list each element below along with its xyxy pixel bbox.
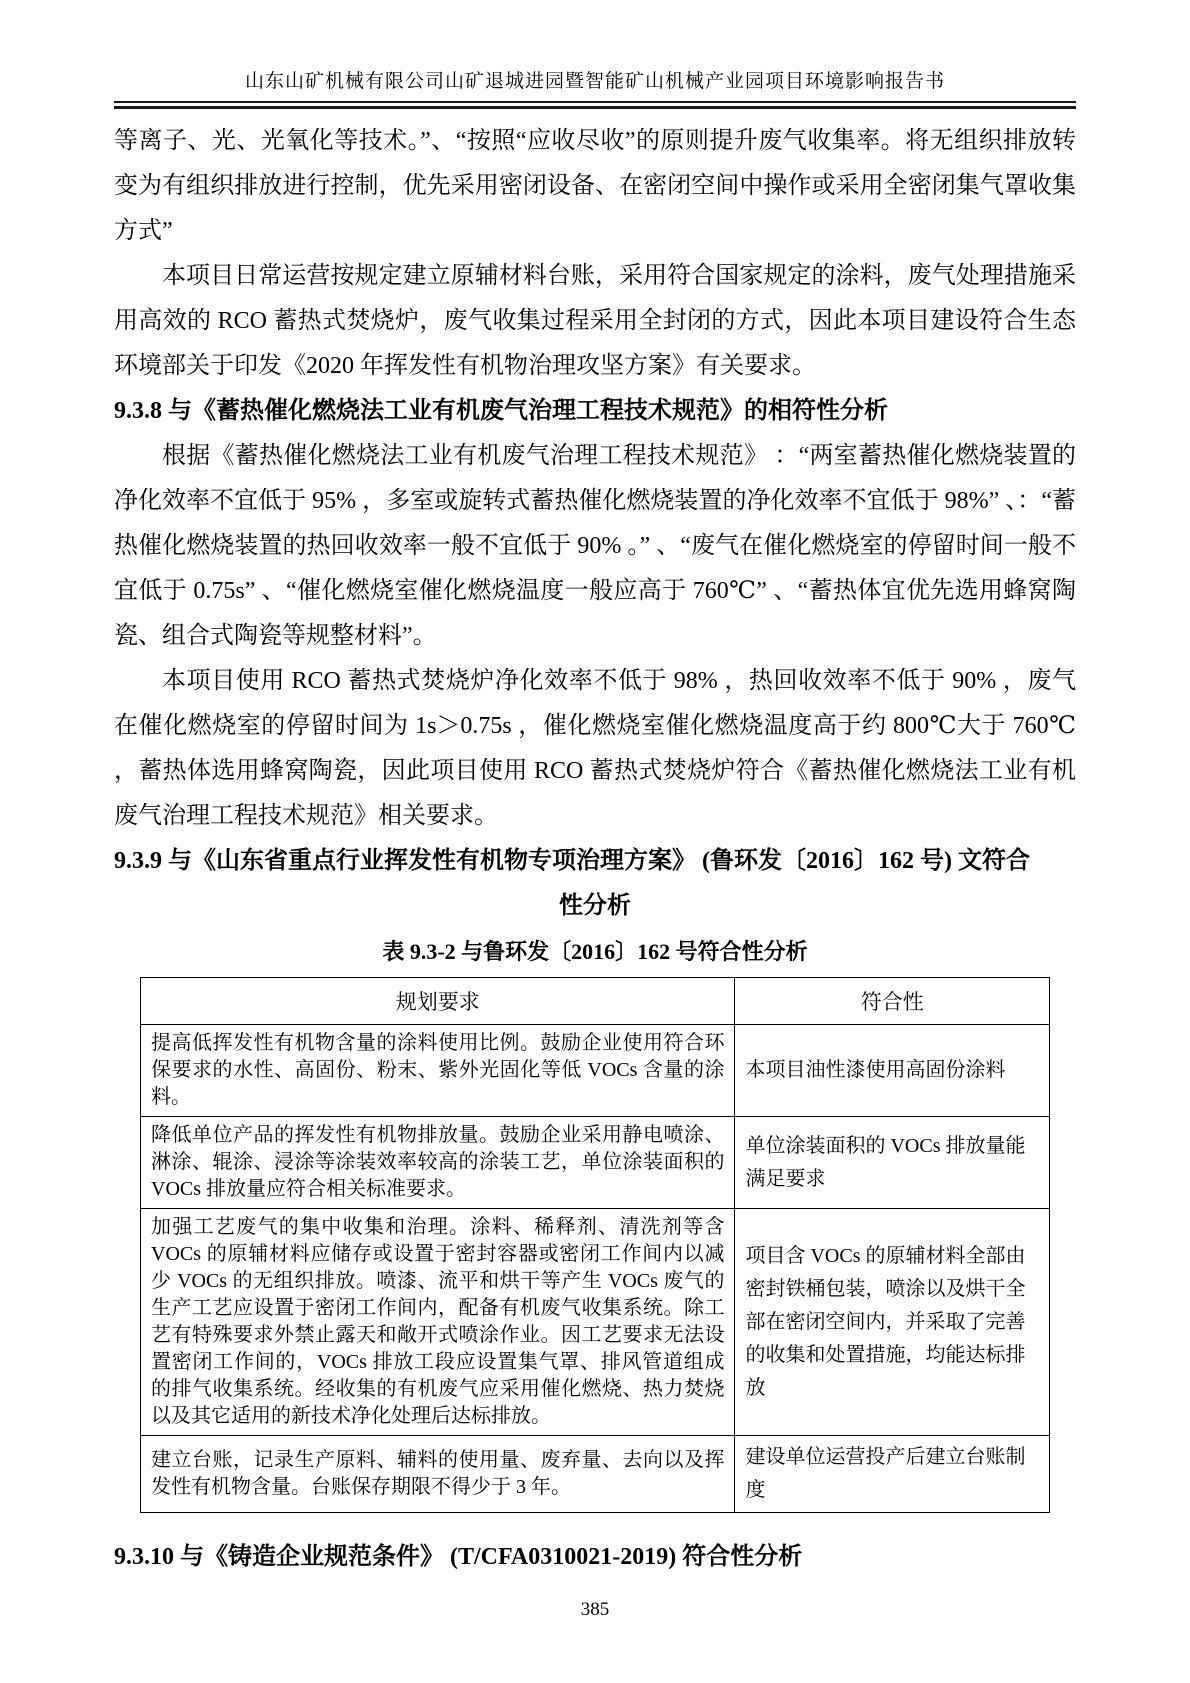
requirement-cell: 建立台账，记录生产原料、辅料的使用量、废弃量、去向以及挥发性有机物含量。台账保存…	[141, 1436, 735, 1513]
table-row: 降低单位产品的挥发性有机物排放量。鼓励企业采用静电喷涂、淋涂、辊涂、浸涂等涂装效…	[141, 1117, 1050, 1209]
document-page: 山东山矿机械有限公司山矿退城进园暨智能矿山机械产业园项目环境影响报告书 等离子、…	[0, 0, 1190, 1683]
section-heading-9-3-9: 9.3.9 与《山东省重点行业挥发性有机物专项治理方案》 (鲁环发〔2016〕1…	[114, 839, 1076, 929]
header-divider-rule	[114, 101, 1076, 109]
column-header-requirement: 规划要求	[141, 978, 735, 1025]
section-heading-9-3-9-line2: 性分析	[114, 884, 1076, 929]
section-heading-9-3-8: 9.3.8 与《蓄热催化燃烧法工业有机废气治理工程技术规范》的相符性分析	[114, 389, 1076, 434]
section-heading-9-3-10: 9.3.10 与《铸造企业规范条件》 (T/CFA0310021-2019) 符…	[114, 1535, 1076, 1580]
table-caption: 表 9.3-2 与鲁环发〔2016〕162 号符合性分析	[114, 931, 1076, 973]
requirement-cell: 降低单位产品的挥发性有机物排放量。鼓励企业采用静电喷涂、淋涂、辊涂、浸涂等涂装效…	[141, 1117, 735, 1209]
requirement-cell: 提高低挥发性有机物含量的涂料使用比例。鼓励企业使用符合环保要求的水性、高固份、粉…	[141, 1025, 735, 1117]
paragraph-rco-standard-quote: 根据《蓄热催化燃烧法工业有机废气治理工程技术规范》 ：“两室蓄热催化燃烧装置的净…	[114, 434, 1076, 659]
page-header: 山东山矿机械有限公司山矿退城进园暨智能矿山机械产业园项目环境影响报告书	[114, 0, 1076, 109]
section-heading-9-3-9-line1: 9.3.9 与《山东省重点行业挥发性有机物专项治理方案》 (鲁环发〔2016〕1…	[114, 848, 1030, 874]
paragraph-continuation: 等离子、光、光氧化等技术。”、“按照“应收尽收”的原则提升废气收集率。将无组织排…	[114, 119, 1076, 254]
page-number: 385	[0, 1599, 1190, 1621]
requirement-cell: 加强工艺废气的集中收集和治理。涂料、稀释剂、清洗剂等含 VOCs 的原辅材料应储…	[141, 1209, 735, 1436]
compliance-cell: 项目含 VOCs 的原辅材料全部由密封铁桶包装，喷涂以及烘干全部在密闭空间内，并…	[735, 1209, 1050, 1436]
paragraph-project-operation: 本项目日常运营按规定建立原辅材料台账，采用符合国家规定的涂料，废气处理措施采用高…	[114, 254, 1076, 389]
report-header-title: 山东山矿机械有限公司山矿退城进园暨智能矿山机械产业园项目环境影响报告书	[114, 70, 1076, 94]
table-row: 加强工艺废气的集中收集和治理。涂料、稀释剂、清洗剂等含 VOCs 的原辅材料应储…	[141, 1209, 1050, 1436]
table-row: 提高低挥发性有机物含量的涂料使用比例。鼓励企业使用符合环保要求的水性、高固份、粉…	[141, 1025, 1050, 1117]
document-body: 等离子、光、光氧化等技术。”、“按照“应收尽收”的原则提升废气收集率。将无组织排…	[114, 119, 1076, 1580]
compliance-cell: 本项目油性漆使用高固份涂料	[735, 1025, 1050, 1117]
column-header-compliance: 符合性	[735, 978, 1050, 1025]
compliance-cell: 单位涂装面积的 VOCs 排放量能满足要求	[735, 1117, 1050, 1209]
paragraph-rco-project-compliance: 本项目使用 RCO 蓄热式焚烧炉净化效率不低于 98% ，热回收效率不低于 90…	[114, 659, 1076, 839]
compliance-table: 规划要求 符合性 提高低挥发性有机物含量的涂料使用比例。鼓励企业使用符合环保要求…	[140, 977, 1050, 1513]
compliance-cell: 建设单位运营投产后建立台账制度	[735, 1436, 1050, 1513]
table-row: 建立台账，记录生产原料、辅料的使用量、废弃量、去向以及挥发性有机物含量。台账保存…	[141, 1436, 1050, 1513]
table-header-row: 规划要求 符合性	[141, 978, 1050, 1025]
